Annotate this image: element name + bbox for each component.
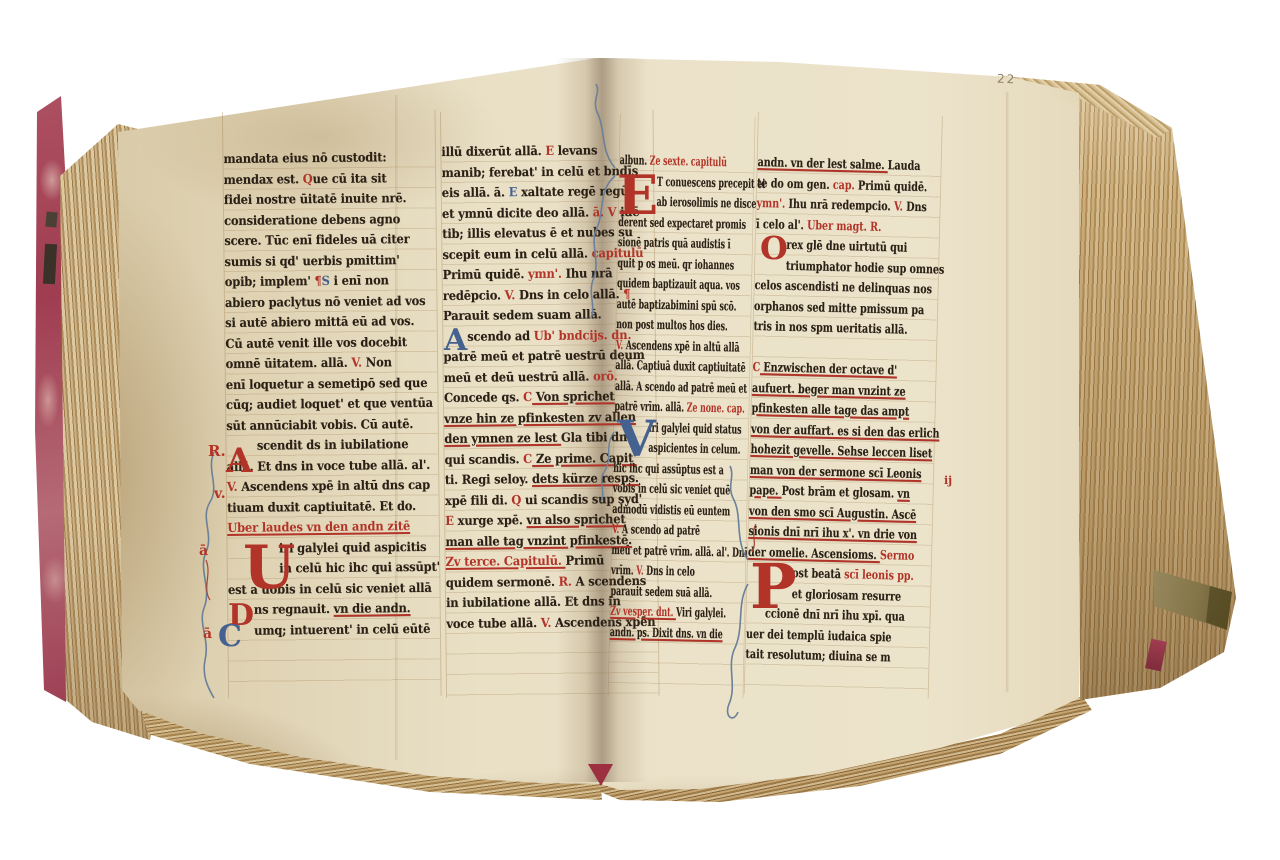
marginal-note: v. xyxy=(214,486,226,502)
drop-cap-C-blue: C xyxy=(218,622,242,652)
drop-cap-U-red: U xyxy=(243,538,295,598)
photo: mandata eius nō custodit:mendax est. Que… xyxy=(0,0,1280,860)
drop-cap-P-red: P xyxy=(750,556,797,618)
marginal-note: ā xyxy=(203,626,212,642)
pen-flourish xyxy=(601,432,614,502)
drop-cap-E-red: E xyxy=(617,168,658,222)
drop-cap-A-red: A xyxy=(226,444,252,478)
folio-number: 22 xyxy=(997,72,1017,87)
pen-flourish xyxy=(728,466,748,718)
pen-flourish xyxy=(591,84,615,318)
marginal-note: R. xyxy=(208,442,226,460)
drop-cap-V-blue: V xyxy=(617,414,656,464)
manuscript-book: mandata eius nō custodit:mendax est. Que… xyxy=(0,0,1280,860)
marginal-note: ā xyxy=(199,543,208,559)
marginal-note: ij xyxy=(944,474,952,487)
drop-cap-A-blue: A xyxy=(444,326,467,356)
drop-cap-O-red: O xyxy=(760,232,788,264)
pen-flourish xyxy=(752,524,756,552)
